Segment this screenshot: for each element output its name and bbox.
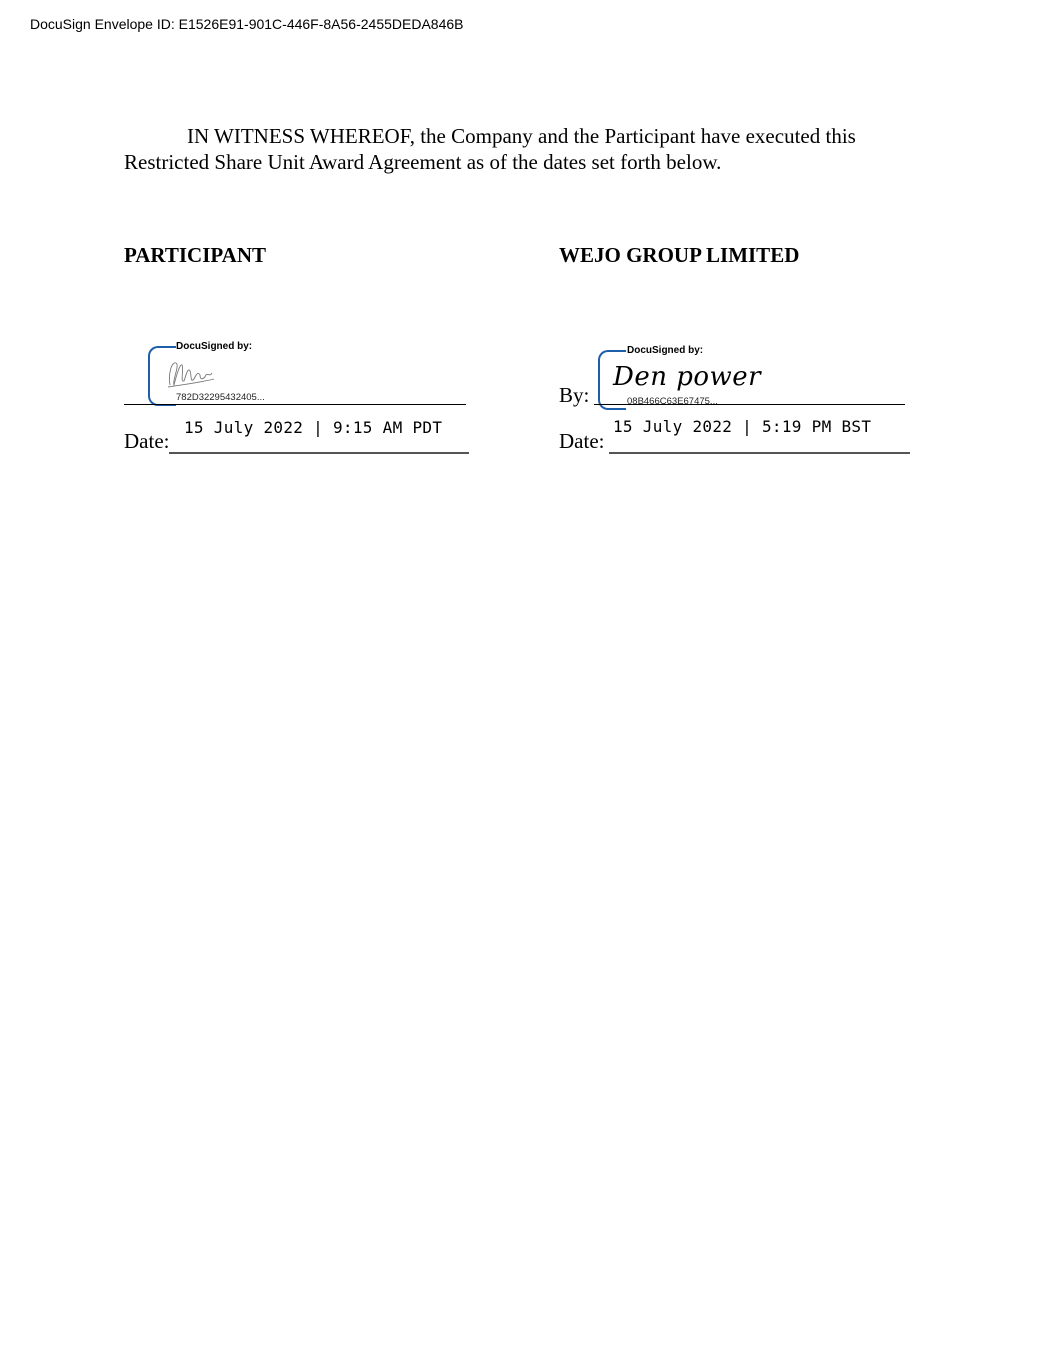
participant-date-value: 15 July 2022 | 9:15 AM PDT xyxy=(184,418,442,437)
company-signature: Den power xyxy=(613,362,761,392)
participant-signature-icon xyxy=(164,355,220,391)
company-date-line xyxy=(609,452,910,454)
participant-docusigned-label: DocuSigned by: xyxy=(176,341,252,352)
company-date-label: Date: xyxy=(559,429,604,454)
witness-paragraph: IN WITNESS WHEREOF, the Company and the … xyxy=(124,123,944,175)
participant-signature-id: 782D32295432405... xyxy=(176,392,265,403)
participant-heading: PARTICIPANT xyxy=(124,243,266,268)
participant-date-label: Date: xyxy=(124,429,169,454)
participant-date-line xyxy=(169,452,469,454)
company-heading: WEJO GROUP LIMITED xyxy=(559,243,799,268)
company-by-label: By: xyxy=(559,383,589,408)
participant-signature-line xyxy=(124,404,466,405)
envelope-id: DocuSign Envelope ID: E1526E91-901C-446F… xyxy=(30,16,464,32)
company-signature-line xyxy=(594,404,905,405)
company-date-value: 15 July 2022 | 5:19 PM BST xyxy=(613,417,871,436)
witness-paragraph-text: IN WITNESS WHEREOF, the Company and the … xyxy=(124,124,856,174)
company-docusigned-label: DocuSigned by: xyxy=(627,345,703,356)
company-signature-id: 08B466C63E67475... xyxy=(627,396,718,407)
